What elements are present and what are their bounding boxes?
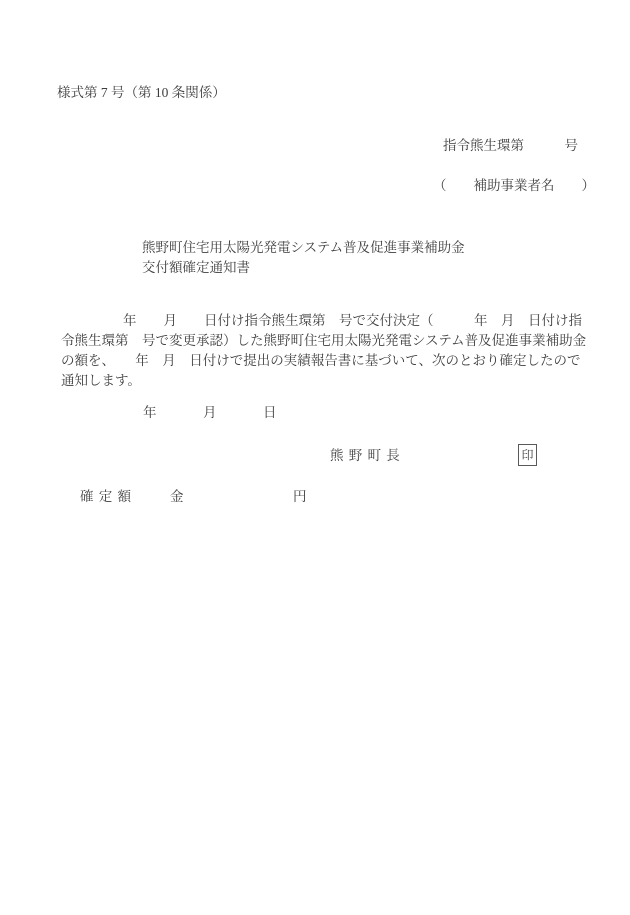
document-title-line2: 交付額確定通知書 <box>142 258 250 278</box>
amount-currency-suffix: 円 <box>293 487 307 507</box>
body-line-3: の額を、 年 月 日付けで提出の実績報告書に基づいて、次のとおり確定したので <box>61 351 580 371</box>
amount-label: 確定額 <box>80 487 136 507</box>
form-number: 様式第 7 号（第 10 条関係） <box>57 83 226 103</box>
seal-box: 印 <box>518 444 537 466</box>
reference-number-line: 指令熊生環第 号 <box>443 136 578 156</box>
body-line-2: 令熊生環第 号で変更承認）した熊野町住宅用太陽光発電システム普及促進事業補助金 <box>61 331 586 351</box>
issue-date-month-label: 月 <box>203 403 217 423</box>
document-page: 様式第 7 号（第 10 条関係） 指令熊生環第 号 （ 補助事業者名 ） 熊野… <box>0 0 630 915</box>
amount-currency-prefix: 金 <box>170 487 184 507</box>
recipient-line: （ 補助事業者名 ） <box>433 176 595 196</box>
body-line-1: 年 月 日付け指令熊生環第 号で交付決定（ 年 月 日付け指 <box>123 311 582 331</box>
seal-label: 印 <box>521 449 533 461</box>
issue-date-day-label: 日 <box>263 403 277 423</box>
document-title-line1: 熊野町住宅用太陽光発電システム普及促進事業補助金 <box>142 238 465 258</box>
issue-date-year-label: 年 <box>143 403 157 423</box>
issuer-title: 熊野町長 <box>330 446 405 466</box>
body-line-4: 通知します。 <box>61 371 141 391</box>
